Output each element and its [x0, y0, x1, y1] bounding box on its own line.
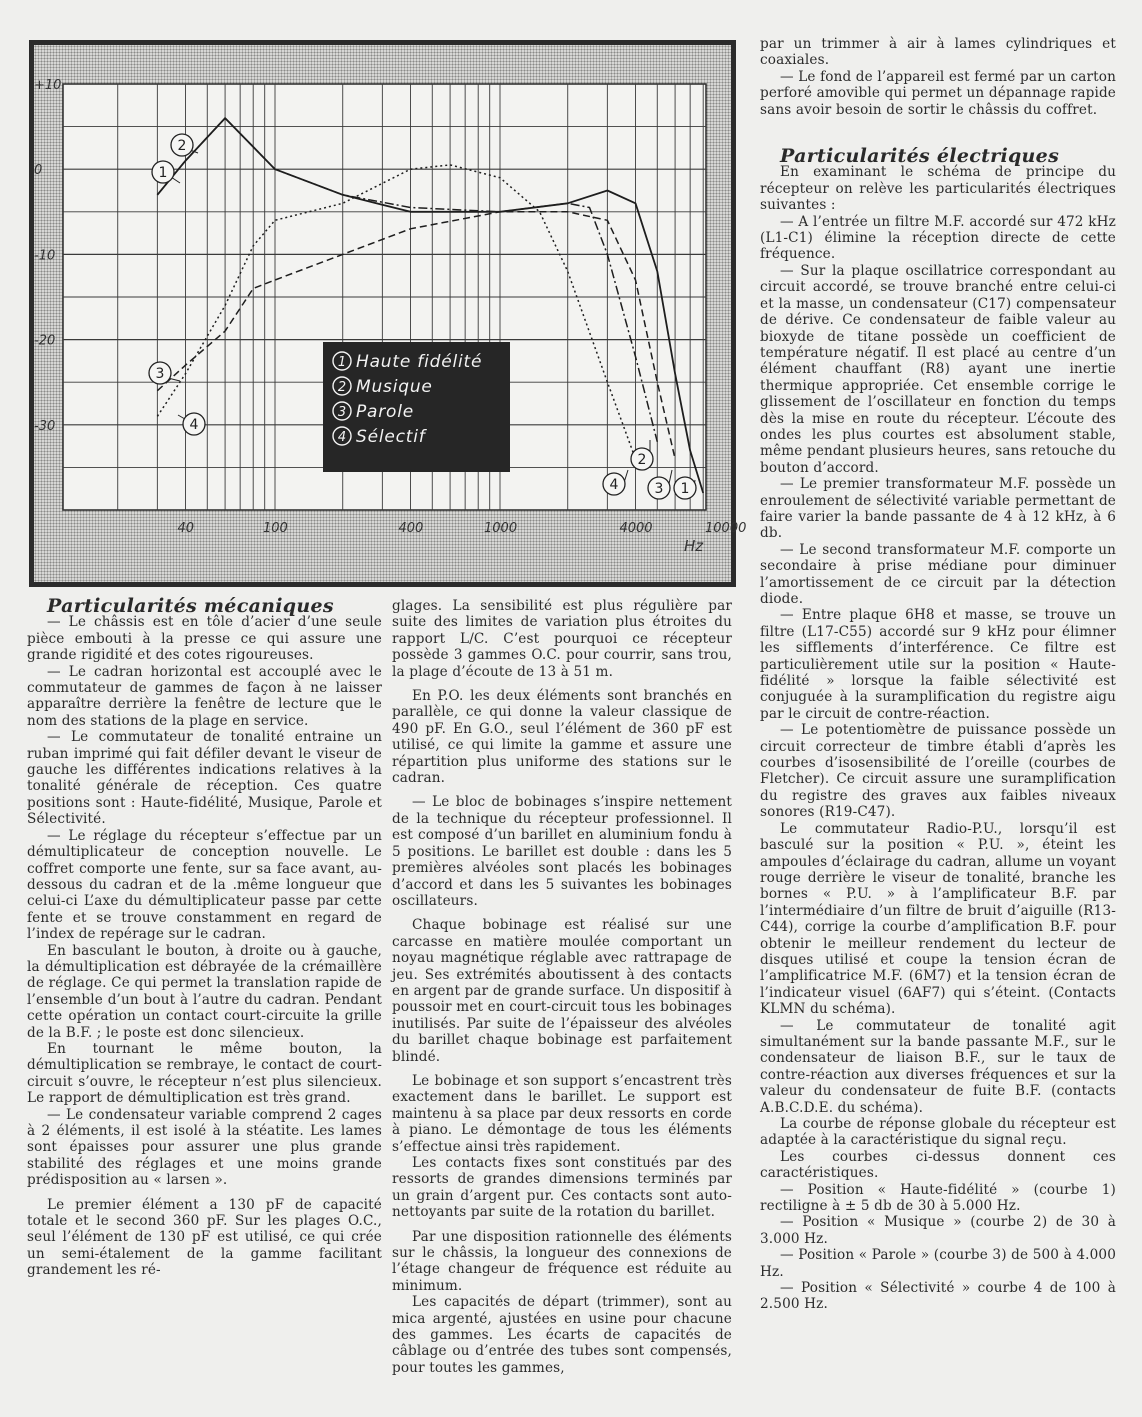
y-tick-label: -30	[34, 419, 55, 434]
paragraph: — Le premier transformateur M.F. possède…	[760, 476, 1116, 542]
column-left: Particularités mécaniques — Le châssis e…	[27, 598, 382, 1279]
legend-entry: 1Haute fidélité	[333, 352, 482, 372]
x-tick-label: 100	[263, 521, 288, 536]
svg-text:3: 3	[338, 405, 346, 420]
paragraph: — Position « Sélectivité » courbe 4 de 1…	[760, 1280, 1116, 1313]
x-tick-label: 40	[177, 521, 194, 536]
curve-callout-1: 1	[674, 477, 696, 499]
chart-legend: 1Haute fidélité2Musique3Parole4Sélectif	[323, 342, 510, 472]
column-middle: glages. La sensibilité est plus régulièr…	[392, 598, 732, 1376]
svg-text:4: 4	[338, 430, 346, 445]
paragraph: — Le commutateur de tonalité entraine un…	[27, 729, 382, 827]
column-right: par un trimmer à air à lames cylindrique…	[760, 36, 1116, 1313]
x-axis-unit: Hz	[684, 537, 704, 555]
svg-text:2: 2	[338, 380, 346, 395]
svg-text:Parole: Parole	[356, 402, 414, 422]
x-tick-label: 1000	[484, 521, 517, 536]
paragraph: Les capacités de départ (trimmer), sont …	[392, 1294, 732, 1376]
paragraph: Par une disposition rationnelle des élém…	[392, 1229, 732, 1295]
paragraph: — Le second transformateur M.F. comporte…	[760, 542, 1116, 608]
paragraph: En basculant le bouton, à droite ou à ga…	[27, 943, 382, 1041]
y-tick-label: -20	[34, 334, 55, 349]
paragraph: — A l’entrée un filtre M.F. accordé sur …	[760, 214, 1116, 263]
paragraph: Le premier élément a 130 pF de capacité …	[27, 1197, 382, 1279]
svg-text:1: 1	[338, 355, 346, 370]
y-tick-label: -10	[34, 248, 55, 263]
svg-text:Sélectif: Sélectif	[356, 427, 428, 447]
legend-entry: 3Parole	[333, 402, 414, 422]
paragraph: Les courbes ci-dessus donnent ces caract…	[760, 1149, 1116, 1182]
paragraph: — Position « Musique » (courbe 2) de 30 …	[760, 1214, 1116, 1247]
paragraph: — Le commutateur de tonalité agit simult…	[760, 1018, 1116, 1116]
paragraph: En tournant le même bouton, la démultipl…	[27, 1041, 382, 1107]
svg-text:Musique: Musique	[356, 377, 433, 397]
paragraph: — Le cadran horizontal est accouplé avec…	[27, 664, 382, 730]
paragraph: — Entre plaque 6H8 et masse, se trouve u…	[760, 607, 1116, 722]
paragraph: — Le réglage du récepteur s’effectue par…	[27, 828, 382, 943]
paragraph: glages. La sensibilité est plus régulièr…	[392, 598, 732, 680]
paragraph: par un trimmer à air à lames cylindrique…	[760, 36, 1116, 69]
y-tick-label: +10	[34, 78, 61, 93]
svg-text:1: 1	[159, 165, 168, 181]
section-title-mechanical: Particularités mécaniques	[27, 598, 382, 614]
magazine-page: 12344231 +100-10-20-30401004001000400010…	[0, 0, 1142, 1417]
paragraph: — Position « Haute-fidélité » (courbe 1)…	[760, 1182, 1116, 1215]
x-tick-label: 10000	[705, 521, 746, 536]
paragraph: — Le potentiomètre de puissance possède …	[760, 722, 1116, 820]
paragraph: — Le fond de l’appareil est fermé par un…	[760, 69, 1116, 118]
paragraph: — Le condensateur variable comprend 2 ca…	[27, 1107, 382, 1189]
svg-text:3: 3	[156, 366, 165, 382]
svg-text:2: 2	[178, 138, 187, 154]
paragraph: — Le châssis est en tôle d’acier d’une s…	[27, 614, 382, 663]
svg-text:3: 3	[655, 481, 664, 497]
paragraph: — Le bloc de bobinages s’inspire netteme…	[392, 794, 732, 909]
paragraph: — Position « Parole » (courbe 3) de 500 …	[760, 1247, 1116, 1280]
paragraph: — Sur la plaque oscillatrice corresponda…	[760, 263, 1116, 476]
paragraph: En examinant le schéma de principe du ré…	[760, 164, 1116, 213]
paragraph: Les contacts fixes sont constitués par d…	[392, 1155, 732, 1221]
paragraph: Le bobinage et son support s’encastrent …	[392, 1073, 732, 1155]
x-tick-label: 4000	[619, 521, 652, 536]
paragraph: En P.O. les deux éléments sont branchés …	[392, 688, 732, 786]
svg-text:2: 2	[638, 452, 647, 468]
svg-text:1: 1	[681, 481, 690, 497]
section-title-electrical: Particularités électriques	[760, 148, 1116, 164]
svg-text:Haute fidélité: Haute fidélité	[356, 352, 482, 372]
x-tick-label: 400	[398, 521, 423, 536]
svg-text:4: 4	[610, 477, 619, 493]
y-tick-label: 0	[34, 163, 42, 178]
paragraph: Le commutateur Radio-P.U., lorsqu’il est…	[760, 821, 1116, 1018]
paragraph: La courbe de réponse globale du récepteu…	[760, 1116, 1116, 1149]
paragraph: Chaque bobinage est réalisé sur une carc…	[392, 917, 732, 1065]
svg-text:4: 4	[190, 417, 199, 433]
